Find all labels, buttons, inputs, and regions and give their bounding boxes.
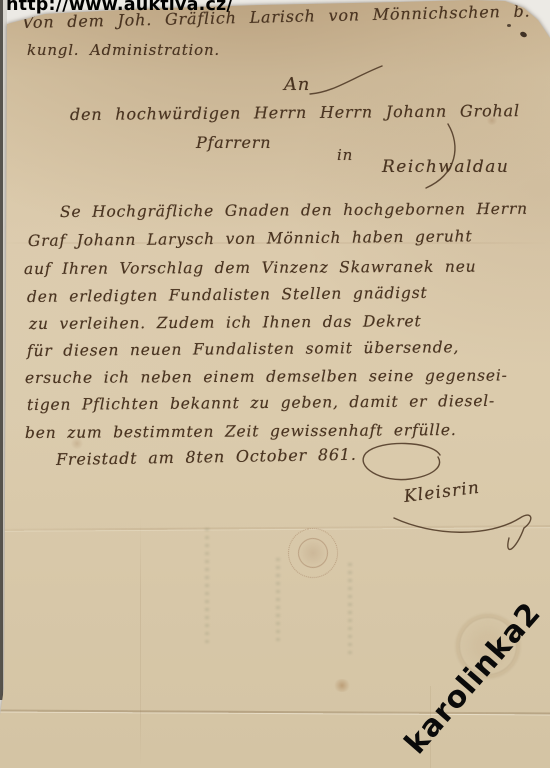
docket-line: kungl. Administration. — [27, 41, 220, 59]
ink-showthrough — [276, 558, 280, 646]
ink-showthrough — [205, 528, 209, 643]
ink-showthrough — [348, 563, 352, 658]
body-line: ersuche ich neben einem demselben seine … — [25, 366, 508, 387]
ink-blot — [519, 31, 527, 38]
body-line: Graf Johann Larysch von Mönnich haben ge… — [28, 227, 473, 250]
scanned-letter-page: Von dem Joh. Gräflich Larisch von Mönnic… — [0, 0, 550, 768]
body-line: zu verleihen. Zudem ich Ihnen das Dekret — [29, 312, 422, 333]
body-line: ben zum bestimmten Zeit gewissenhaft erf… — [25, 421, 457, 442]
postmark-inner-circle — [295, 535, 331, 571]
body-line: den erledigten Fundalisten Stellen gnädi… — [27, 284, 428, 306]
fold-crease-horizontal-middle — [0, 525, 550, 531]
address-line: Pfarrern — [196, 133, 271, 152]
faint-postmark-stamp — [283, 523, 342, 582]
body-line: tigen Pflichten bekannt zu geben, damit … — [27, 392, 495, 414]
pen-loop-flourish — [352, 437, 450, 487]
address-line: den hochwürdigen Herrn Herrn Johann Groh… — [70, 101, 520, 124]
pen-flourish — [308, 62, 388, 98]
paper-stain — [333, 679, 351, 692]
dateline: Freistadt am 8ten October 861. — [56, 445, 357, 469]
body-line: auf Ihren Vorschlag dem Vinzenz Skawrane… — [24, 258, 477, 278]
address-line: in — [337, 146, 353, 164]
address-salutation: An — [284, 74, 310, 95]
signature-flourish — [388, 502, 540, 562]
fold-crease-vertical-left — [140, 518, 141, 768]
paper-shadow-wrap: Von dem Joh. Gräflich Larisch von Mönnic… — [0, 0, 550, 768]
ink-blot — [507, 24, 511, 27]
signature: Kleisrin — [403, 478, 481, 507]
watermark-url: http://www.auktiva.cz/ — [6, 0, 233, 15]
address-line: Reichwaldau — [382, 157, 509, 177]
body-line: für diesen neuen Fundalisten somit übers… — [27, 338, 459, 360]
body-line: Se Hochgräfliche Gnaden den hochgebornen… — [60, 200, 528, 221]
letter-paper: Von dem Joh. Gräflich Larisch von Mönnic… — [0, 0, 550, 768]
